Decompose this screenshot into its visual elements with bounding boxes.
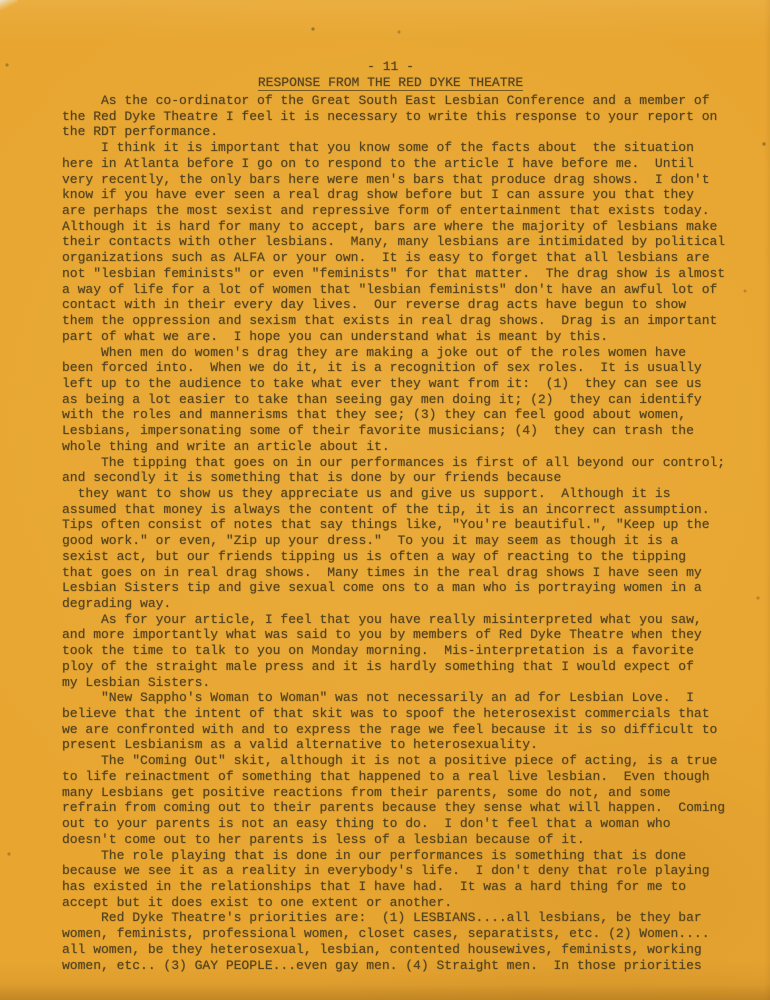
document-title-text: RESPONSE FROM THE RED DYKE THEATRE — [258, 75, 523, 91]
scan-edge-top-left — [0, 0, 18, 10]
scan-edge-right — [764, 0, 770, 1000]
document-title: RESPONSE FROM THE RED DYKE THEATRE — [63, 75, 718, 90]
scan-edge-bottom-shadow — [0, 984, 770, 1000]
scanned-page: - 11 - RESPONSE FROM THE RED DYKE THEATR… — [0, 0, 770, 1000]
page-number: - 11 - — [63, 59, 718, 74]
ink-specks — [0, 0, 2, 2]
document-body: As the co-ordinator of the Great South E… — [62, 93, 722, 973]
